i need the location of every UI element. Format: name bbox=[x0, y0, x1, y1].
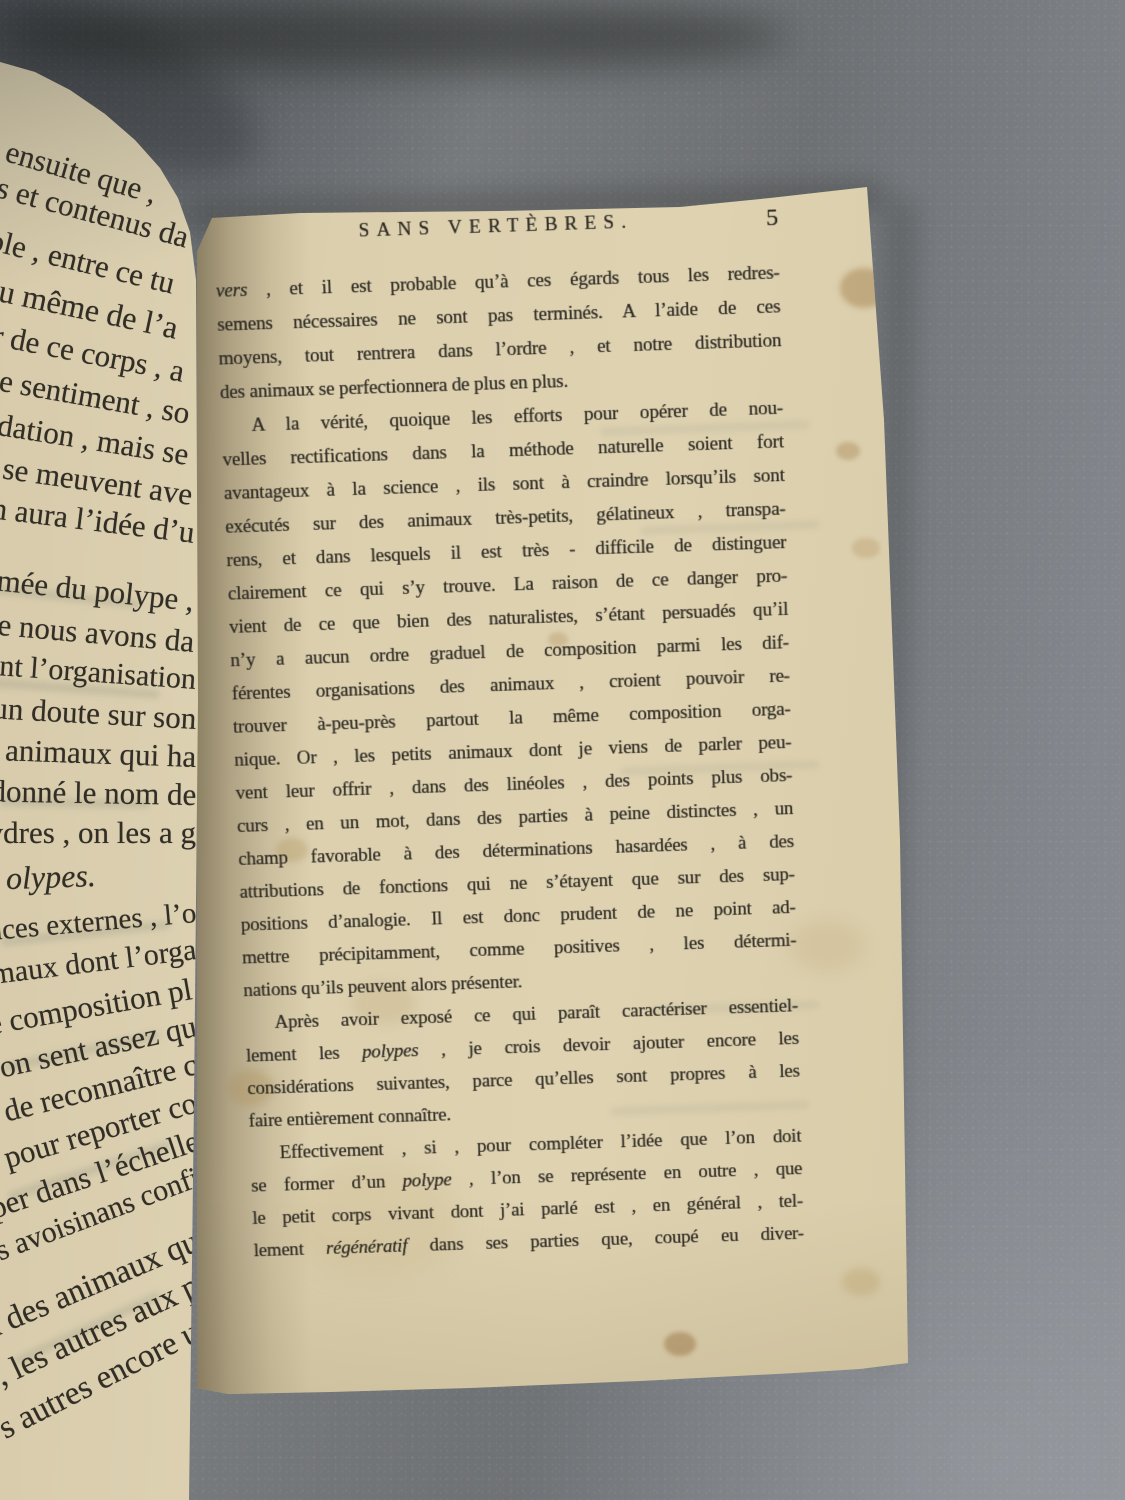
foxing-spot bbox=[836, 442, 860, 460]
page-number: 5 bbox=[766, 204, 779, 232]
book-photo: SANS VERTÈBRES. 5 vers , et il est proba… bbox=[0, 0, 1125, 1500]
foxing-spot bbox=[842, 1268, 880, 1296]
foxing-spot bbox=[790, 920, 864, 972]
foxing-spot bbox=[852, 538, 880, 558]
page-text-block: SANS VERTÈBRES. 5 vers , et il est proba… bbox=[213, 206, 804, 1267]
left-page-text-fragment: olypes. bbox=[6, 857, 97, 897]
left-page-text-fragment: des animaux qui ha bbox=[0, 731, 197, 775]
left-page-text-fragment: ucun doute sur son bbox=[0, 689, 197, 737]
left-page-text-fragment: a donné le nom de bbox=[0, 773, 196, 813]
left-page-text: e ensuite que ,ssés et contenus dable , … bbox=[0, 0, 200, 1500]
left-page-text-fragment: ydres , on les a g bbox=[0, 815, 196, 851]
body-text: vers , et il est probable qu’à ces égard… bbox=[215, 256, 804, 1267]
foxing-spot bbox=[664, 1332, 696, 1356]
book-bottom-shadow bbox=[0, 0, 790, 72]
